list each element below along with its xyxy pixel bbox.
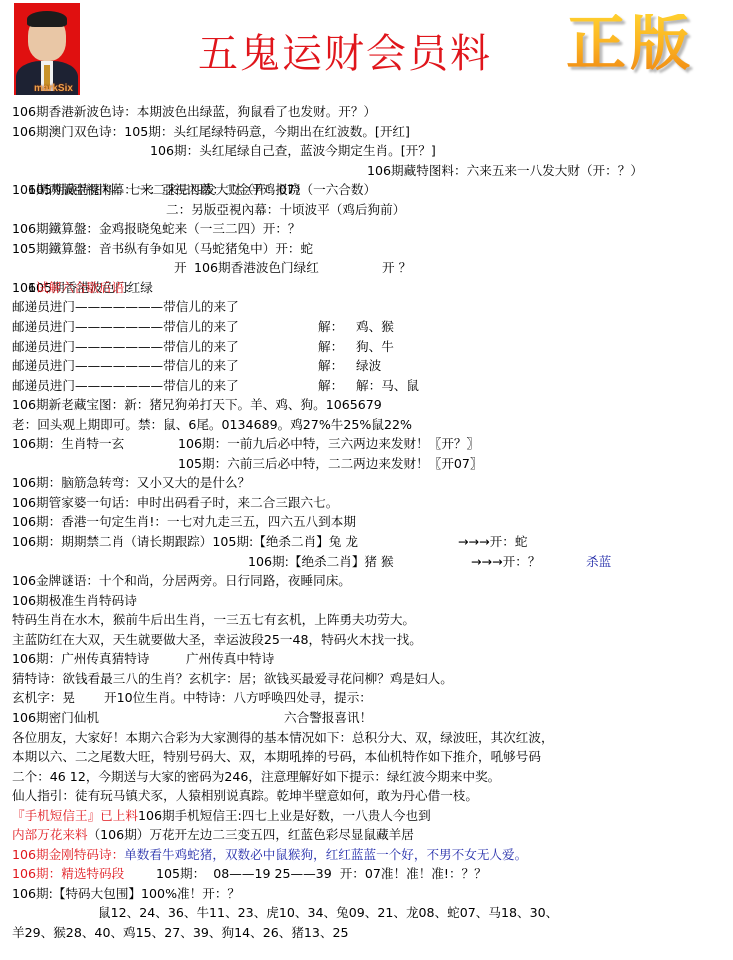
text-line: 内部万花来料（106期）万花开左边二三变五四，红蓝色彩尽显鼠藏羊居 [12, 825, 732, 845]
riddle-question: 邮递员进门———————带信儿的来了 [12, 378, 239, 393]
jingang-poem: 单数看牛鸡蛇猪，双数必中鼠猴狗，红红蓝蓝一个好，不男不女无人爱。 [124, 847, 527, 862]
text-line: 106期：期期禁二肖（请长期跟踪）105期:【绝杀二肖】兔 龙→→→开：蛇 [12, 532, 732, 552]
text-segment: 鼠12、24、36、牛11、23、虎10、34、兔09、21、龙08、蛇07、马… [98, 903, 558, 923]
text-line: 106期鐵算盤：金鸡报晓兔蛇来（一三二四）开：？ [12, 219, 732, 239]
portrait-hair [27, 11, 67, 27]
text-segment: 二：另版亞視內幕：十顷波平（鸡后狗前） [166, 200, 405, 220]
page-header: markSix 五鬼运财会员料 正版 [0, 0, 733, 100]
portrait-image: markSix [14, 3, 80, 95]
text-segment: 106期:【绝杀二肖】猪 猴 [248, 552, 394, 572]
riddle-line: 邮递员进门———————带信儿的来了解：狗、牛 [12, 337, 732, 357]
text-line: 106期极准生肖特码诗 [12, 591, 732, 611]
genuine-badge: 正版 [566, 14, 694, 74]
riddle-answer-label: 解： [318, 337, 343, 357]
text-line: 106期两版亞視內幕：一：亞視內幕：二金平鸡报晓（一六合数） [12, 180, 732, 200]
text-line: 106期:【特码大包围】100%准！开：？ [12, 884, 732, 904]
wanhua-heading: 内部万花来料 [12, 827, 88, 842]
text-segment: 106期：生肖特一玄 [12, 436, 124, 451]
text-segment: 106 [12, 280, 36, 295]
text-segment: 105期：六前三后必中特，二二两边来发财！〖开07〗 [178, 454, 483, 474]
riddle-question: 邮递员进门———————带信儿的来了 [12, 358, 239, 373]
text-segment: 106期手机短信王:四七上业是好数，一八贵人今也到 [138, 808, 431, 823]
text-segment: 广州传真中特诗 [186, 649, 274, 669]
text-line: 106期香港新波色诗：本期波色出绿蓝，狗鼠看了也发财。开？） [12, 102, 732, 122]
text-line: 各位朋友，大家好！本期六合彩为大家测得的基本情况如下：总积分大、双，绿波旺，其次… [12, 728, 732, 748]
text-line: 鼠12、24、36、牛11、23、虎10、34、兔09、21、龙08、蛇07、马… [12, 903, 732, 923]
text-segment: 106期：期期禁二肖（请长期跟踪）105期:【绝杀二肖】兔 龙 [12, 534, 358, 549]
text-line: 106期：香港一句定生肖!：一七对九走三五，四六五八到本期 [12, 512, 732, 532]
text-segment: 106期香港波色门绿红 [194, 258, 319, 278]
text-segment: （106期）万花开左边二三变五四，红蓝色彩尽显鼠藏羊居 [88, 827, 414, 842]
text-segment: 开 ？ [382, 258, 411, 278]
riddle-answer-label: 解： [318, 376, 343, 396]
riddle-answer: 鸡、猴 [356, 317, 394, 337]
text-line: 特码生肖在水木，猴前牛后出生肖，一三五七有玄机，上阵勇夫功劳大。 [12, 610, 732, 630]
text-line: 主蓝防红在大双，天生就要做大圣，幸运波段25一48，特码火木找一找。 [12, 630, 732, 650]
text-line: 二：另版亞視內幕：十顷波平（鸡后狗前） [12, 200, 732, 220]
text-segment: 开10位生肖。中特诗：八方呼唤四处寻，提示： [104, 688, 372, 708]
text-line: 二个：46 12，今期送与大家的密码为246，注意理解好如下提示：绿红波今期来中… [12, 767, 732, 787]
riddle-heading: 试解六合歇后语 [36, 280, 124, 295]
text-line: 106期新老藏宝图：新：猪兄狗弟打天下。羊、鸡、狗。1065679 [12, 395, 732, 415]
text-line: 106期:【绝杀二肖】猪 猴→→→开：？杀蓝 [12, 552, 732, 572]
riddle-question: 邮递员进门———————带信儿的来了 [12, 339, 239, 354]
text-segment: 106期密门仙机 [12, 710, 99, 725]
text-line: 106期：精选特码段105期： 08——19 25——39 开：07准！准！准!… [12, 864, 732, 884]
text-line: 106期澳门双色诗：105期：头红尾绿特码意，今期出在红波数。[开红] [12, 122, 732, 142]
riddle-line: 邮递员进门———————带信儿的来了解：鸡、猴 [12, 317, 732, 337]
text-line: 105期鐵算盤：音书纵有争如见（马蛇猪兔中）开：蛇 [12, 239, 732, 259]
text-line: 106期：广州传真猜特诗广州传真中特诗 [12, 649, 732, 669]
text-segment: 玄机字：晃 [12, 690, 75, 705]
text-line: 105期香港波色门红绿 开 106期香港波色门绿红 开 ？ [12, 258, 732, 278]
riddle-answer: 绿波 [356, 356, 381, 376]
content-body: 106期香港新波色诗：本期波色出绿蓝，狗鼠看了也发财。开？） 106期澳门双色诗… [12, 102, 732, 943]
text-line: 106期：生肖特一玄106期：一前九后必中特，三六两边来发财！〖开？〗 [12, 434, 732, 454]
text-line: 仙人指引：徒有玩马镇犬豕，人猿相别说真踪。乾坤半壁意如何，敢为丹心借一枝。 [12, 786, 732, 806]
text-segment: 106期：广州传真猜特诗 [12, 651, 149, 666]
text-line: 猜特诗：欲钱看最三八的生肖？玄机字：居；欲钱买最爱寻花问柳？鸡是妇人。 [12, 669, 732, 689]
riddle-line: 邮递员进门———————带信儿的来了解：解：马、鼠 [12, 376, 732, 396]
text-line: 106期金刚特码诗：单数看牛鸡蛇猪，双数必中鼠猴狗，红红蓝蓝一个好，不男不女无人… [12, 845, 732, 865]
text-segment: →→→开：蛇 [458, 532, 527, 552]
text-line: 106期密门仙机六合警报喜讯！ [12, 708, 732, 728]
portrait-brand-text: markSix [34, 83, 73, 94]
riddle-line: 邮递员进门———————带信儿的来了解：绿波 [12, 356, 732, 376]
text-segment: 六合警报喜讯！ [284, 708, 372, 728]
text-segment: 106期：一前九后必中特，三六两边来发财！〖开？〗 [178, 434, 479, 454]
text-line: 羊29、猴28、40、鸡15、27、39、狗14、26、猪13、25 [12, 923, 732, 943]
text-line: 106期：脑筋急转弯：又小又大的是什么？ [12, 473, 732, 493]
text-line: 老：回头观上期即可。禁：鼠、6尾。0134689。鸡27%牛25%鼠22% [12, 415, 732, 435]
text-segment: 105期： 08——19 25——39 开：07准！准！准!：？？ [156, 864, 487, 884]
text-line: 105期：六前三后必中特，二二两边来发财！〖开07〗 [12, 454, 732, 474]
text-line: 105期藏特图料：七来二来三四发大财（开：07）106期藏特图料：六来五来一八发… [12, 161, 732, 181]
text-line: 玄机字：晃开10位生肖。中特诗：八方呼唤四处寻，提示： [12, 688, 732, 708]
text-segment: →→→开：？ [471, 552, 540, 572]
text-line: 『手机短信王』已上料106期手机短信王:四七上业是好数，一八贵人今也到 [12, 806, 732, 826]
text-line: 106期管家婆一句话：申时出码看子时，来二合三跟六七。 [12, 493, 732, 513]
text-segment: 106期藏特图料：六来五来一八发大财（开：？） [367, 161, 643, 181]
text-line: 本期以六、二之尾数大旺，特别号码大、双，本期吼捧的号码，本仙机特作如下推介，吼够… [12, 747, 732, 767]
text-segment: 106期：头红尾绿自己查，蓝波今期定生肖。[开？] [150, 141, 436, 161]
page-title: 五鬼运财会员料 [198, 22, 492, 79]
riddle-answer: 狗、牛 [356, 337, 394, 357]
riddle-answer: 解：马、鼠 [356, 376, 419, 396]
riddle-question: 邮递员进门———————带信儿的来了 [12, 319, 239, 334]
riddle-line: 邮递员进门———————带信儿的来了 [12, 297, 732, 317]
text-segment: ： [124, 280, 137, 295]
code-segment-heading: 106期：精选特码段 [12, 866, 124, 881]
jingang-heading: 106期金刚特码诗： [12, 847, 124, 862]
text-line: 106金牌谜语：十个和尚，分居两旁。日行同路，夜睡同床。 [12, 571, 732, 591]
kill-blue-label: 杀蓝 [586, 552, 611, 572]
text-line: 106期：头红尾绿自己查，蓝波今期定生肖。[开？] [12, 141, 732, 161]
text-line: 106试解六合歇后语： [12, 278, 732, 298]
riddle-answer-label: 解： [318, 356, 343, 376]
riddle-answer-label: 解： [318, 317, 343, 337]
text-segment: 开 [174, 258, 187, 278]
sms-king-heading: 『手机短信王』已上料 [12, 808, 138, 823]
